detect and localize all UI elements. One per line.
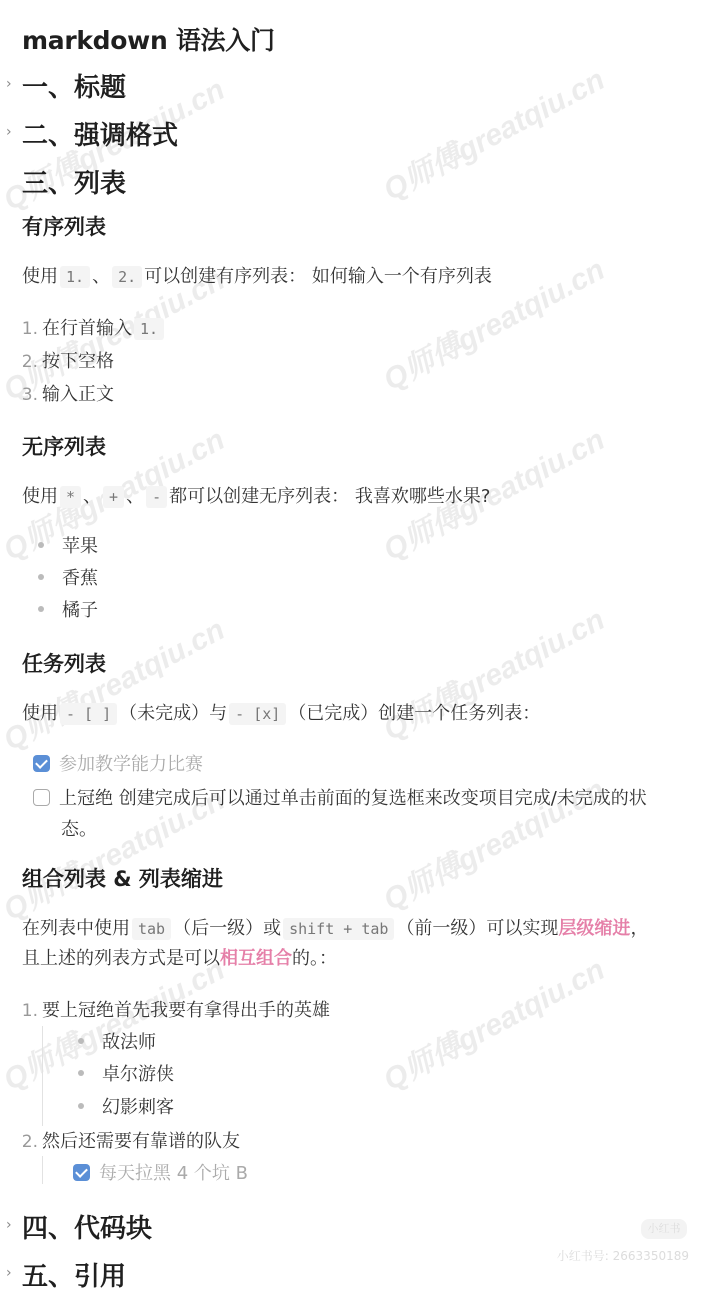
list-item-text: 苹果 <box>62 536 98 557</box>
checkbox-checked-icon[interactable] <box>33 755 50 772</box>
corner-watermark-id: 小红书号: 2663350189 <box>557 1247 689 1264</box>
inline-code: shift + tab <box>283 918 394 940</box>
list-item: 3.输入正文 <box>18 380 114 406</box>
task-item: 上冠绝 创建完成后可以通过单击前面的复选框来改变项目完成/未完成的状 <box>33 784 647 810</box>
list-item-text: 橘子 <box>62 600 98 621</box>
nested-list-item: 幻影刺客 <box>78 1093 174 1119</box>
checkbox-unchecked-icon[interactable] <box>33 789 50 806</box>
text: （前一级）可以实现 <box>396 918 558 939</box>
combo-intro-line-1: 在列表中使用tab（后一级）或shift + tab（前一级）可以实现层级缩进， <box>22 914 648 940</box>
heading-section-5[interactable]: 五、引用 <box>22 1256 126 1292</box>
inline-code: - [x] <box>229 703 286 725</box>
highlighted-text: 层级缩进 <box>558 918 630 939</box>
text: 且上述的列表方式是可以 <box>22 948 220 969</box>
text: 使用 <box>22 703 58 724</box>
list-item: 1.在行首输入1. <box>18 314 166 340</box>
task-text: 上冠绝 创建完成后可以通过单击前面的复选框来改变项目完成/未完成的状 <box>59 788 647 809</box>
bullet-icon <box>78 1038 84 1044</box>
bullet-icon <box>38 542 44 548</box>
highlighted-text: 相互组合 <box>220 948 292 969</box>
nested-list-item: 卓尔游侠 <box>78 1060 174 1086</box>
task-text-continued: 态。 <box>61 815 97 841</box>
list-item-text: 要上冠绝首先我要有拿得出手的英雄 <box>42 1000 330 1021</box>
list-item-text: 敌法师 <box>102 1032 156 1053</box>
list-item-text: 在行首输入 <box>42 318 132 339</box>
text: 在列表中使用 <box>22 918 130 939</box>
bullet-icon <box>38 574 44 580</box>
text: （已完成）创建一个任务列表： <box>288 703 540 724</box>
list-number: 1. <box>18 319 38 339</box>
task-text: 每天拉黑 4 个坑 B <box>99 1163 248 1184</box>
inline-code: 1. <box>134 318 164 340</box>
inline-code: 1. <box>60 266 90 288</box>
list-item-text: 幻影刺客 <box>102 1097 174 1118</box>
list-item-text: 按下空格 <box>42 351 114 372</box>
list-item: 2.按下空格 <box>18 347 114 373</box>
list-item: 2.然后还需要有靠谱的队友 <box>18 1127 240 1153</box>
list-item: 1.要上冠绝首先我要有拿得出手的英雄 <box>18 996 330 1022</box>
unordered-intro: 使用*、+、-都可以创建无序列表： 我喜欢哪些水果? <box>22 482 490 508</box>
fold-arrow-icon[interactable]: › <box>6 1265 12 1281</box>
task-intro: 使用- [ ]（未完成）与- [x]（已完成）创建一个任务列表： <box>22 699 540 725</box>
list-item-text: 香蕉 <box>62 568 98 589</box>
list-item-text: 输入正文 <box>42 384 114 405</box>
inline-code: 2. <box>112 266 142 288</box>
combo-intro-line-2: 且上述的列表方式是可以相互组合的。： <box>22 944 337 970</box>
list-item: 橘子 <box>38 596 98 622</box>
heading-section-1[interactable]: 一、标题 <box>22 67 126 104</box>
text: 使用 <box>22 266 58 287</box>
nested-task-item: 每天拉黑 4 个坑 B <box>73 1159 248 1185</box>
fold-arrow-icon[interactable]: › <box>6 124 12 140</box>
document-title: markdown 语法入门 <box>22 21 275 57</box>
list-item: 苹果 <box>38 532 98 558</box>
heading-ordered-list: 有序列表 <box>22 211 106 241</box>
inline-code: tab <box>132 918 171 940</box>
fold-arrow-icon[interactable]: › <box>6 76 12 92</box>
watermark: Q师傅greatqiu.cn <box>0 605 231 759</box>
task-item: 参加教学能力比赛 <box>33 750 203 776</box>
heading-section-3: 三、列表 <box>22 163 126 200</box>
heading-task-list: 任务列表 <box>22 648 106 678</box>
indent-guide <box>42 1026 43 1126</box>
bullet-icon <box>78 1103 84 1109</box>
list-number: 3. <box>18 385 38 405</box>
watermark: Q师傅greatqiu.cn <box>374 55 611 209</box>
list-item: 香蕉 <box>38 564 98 590</box>
text: （后一级）或 <box>173 918 281 939</box>
text: 都可以创建无序列表： 我喜欢哪些水果? <box>169 486 490 507</box>
inline-code: - <box>146 486 167 508</box>
bullet-icon <box>78 1070 84 1076</box>
heading-section-2[interactable]: 二、强调格式 <box>22 115 178 152</box>
heading-unordered-list: 无序列表 <box>22 431 106 461</box>
inline-code: + <box>103 486 124 508</box>
heading-section-4[interactable]: 四、代码块 <box>22 1208 152 1245</box>
list-item-text: 卓尔游侠 <box>102 1064 174 1085</box>
list-item-text: 然后还需要有靠谱的队友 <box>42 1131 240 1152</box>
ordered-intro: 使用1.、2.可以创建有序列表： 如何输入一个有序列表 <box>22 262 492 288</box>
inline-code: * <box>60 486 81 508</box>
heading-combo-list: 组合列表 & 列表缩进 <box>22 863 223 893</box>
text: 使用 <box>22 486 58 507</box>
text: ， <box>630 918 648 939</box>
inline-code: - [ ] <box>60 703 117 725</box>
bullet-icon <box>38 606 44 612</box>
nested-list-item: 敌法师 <box>78 1028 156 1054</box>
fold-arrow-icon[interactable]: › <box>6 1217 12 1233</box>
watermark: Q师傅greatqiu.cn <box>374 945 611 1099</box>
text: 、 <box>92 266 110 287</box>
text: 、 <box>83 486 101 507</box>
task-text: 参加教学能力比赛 <box>59 754 203 775</box>
list-number: 2. <box>18 1132 38 1152</box>
corner-watermark-badge: 小红书 <box>641 1219 687 1239</box>
list-number: 2. <box>18 352 38 372</box>
text: 的。： <box>292 948 337 969</box>
checkbox-checked-icon[interactable] <box>73 1164 90 1181</box>
list-number: 1. <box>18 1001 38 1021</box>
indent-guide <box>42 1156 43 1184</box>
text: 可以创建有序列表： 如何输入一个有序列表 <box>144 266 492 287</box>
watermark: Q师傅greatqiu.cn <box>374 595 611 749</box>
text: 、 <box>126 486 144 507</box>
text: （未完成）与 <box>119 703 227 724</box>
